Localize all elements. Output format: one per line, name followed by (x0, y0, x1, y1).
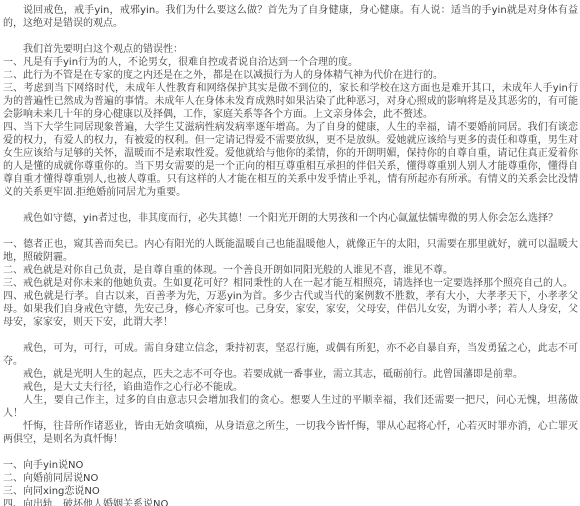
paragraph: 戒色如守德，yin者过也，非其度而行，必失其德！一个阳光开朗的大男孩和一个内心氤… (3, 212, 578, 225)
paragraph: 四、戒色就是行孝。自古以来，百善孝为先，万恶yin为首。多少古代或当代的案例数不… (3, 290, 578, 329)
paragraph: 三、考虑到当下网络时代，未成年人性教育和网络保护其实是做不到位的，家长和学校在这… (3, 82, 578, 121)
paragraph: 三、戒色就是对你未来的他她负责。生如夏花可好？相同秉性的人在一起才能互相照亮，请… (3, 277, 578, 290)
paragraph: 忏悔，往昔所作诸恶业，皆由无始贪嗔痴，从身语意之所生，一切我今皆忏悔，罪从心起将… (3, 420, 578, 446)
paragraph: 二、戒色就是对你自己负责，是自尊自重的体现。一个善良开朗如同阳光般的人谁见不喜，… (3, 264, 578, 277)
paragraph: 戒色，是大丈夫行径，谄曲造作之心行必不能成。 (3, 381, 578, 394)
paragraph: 一、德者正也，窥其善而矣已。内心有阳光的人既能温暖自己也能温暖他人，就像正午的太… (3, 238, 578, 264)
paragraph: 人生，要自己作主，过多的自由意志只会增加我们的贪心。想要人生过的平顺幸福，我们还… (3, 394, 578, 420)
paragraph: 四、向出轨，破坏他人婚姻关系说NO (3, 498, 578, 506)
paragraph: 我们首先要明白这个观点的错误性： (3, 43, 578, 56)
paragraph: 二、此行为不管是在专家的度之内还是在之外，都是在以减损行为人的身体精气神为代价在… (3, 69, 578, 82)
paragraph: 戒色，就是光明人生的起点，匹夫之志不可夺也。若要成就一番事业，需立其志，砥砺前行… (3, 368, 578, 381)
paragraph: 一、凡是有手yin行为的人，不论男女，很难自控或者说自洽达到一个合理的度。 (3, 56, 578, 69)
paragraph: 说回戒色，戒手yin，戒邪yin。我们为什么要这么做？首先为了自身健康，身心健康… (3, 4, 578, 30)
paragraph: 三、向同xing恋说NO (3, 485, 578, 498)
paragraph: 四、当下大学生同居现象普遍，大学生艾滋病性病发病率逐年增高。为了自身的健康，人生… (3, 121, 578, 199)
document-body: 说回戒色，戒手yin，戒邪yin。我们为什么要这么做？首先为了自身健康，身心健康… (0, 0, 580, 506)
paragraph: 戒色，可为，可行，可成。需自身建立信念，秉持初衷，坚忍行施，或偶有所犯，亦不必自… (3, 342, 578, 368)
paragraph: 一、向手yin说NO (3, 459, 578, 472)
paragraph: 二、向婚前同居说NO (3, 472, 578, 485)
